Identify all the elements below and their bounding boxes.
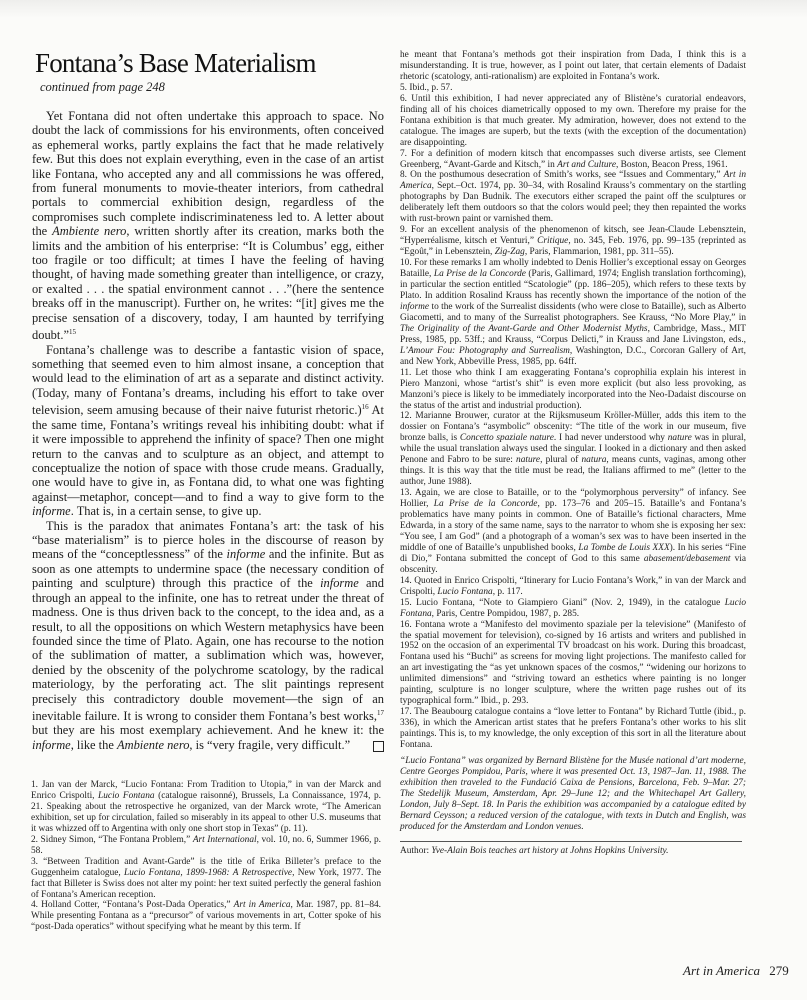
footnote: 9. For an excellent analysis of the phen…	[400, 225, 746, 258]
body-paragraph: Fontana’s challenge was to describe a fa…	[32, 343, 384, 519]
footnote: 3. “Between Tradition and Avant-Garde” i…	[31, 857, 381, 901]
footnote: 16. Fontana wrote a “Manifesto del movim…	[400, 620, 746, 708]
footnotes-left-column: 1. Jan van der Marck, “Lucio Fontana: Fr…	[31, 780, 381, 933]
page-number: 279	[769, 963, 789, 978]
magazine-name: Art in America	[683, 963, 760, 978]
footnote: 15. Lucio Fontana, “Note to Giampiero Gi…	[400, 598, 746, 620]
footnote: 6. Until this exhibition, I had never ap…	[400, 94, 746, 149]
footnote: 10. For these remarks I am wholly indebt…	[400, 258, 746, 368]
footnote: 2. Sidney Simon, “The Fontana Problem,” …	[31, 835, 381, 857]
footnote: 13. Again, we are close to Bataille, or …	[400, 488, 746, 576]
footnote: he meant that Fontana’s methods got thei…	[400, 50, 746, 83]
footnotes-right-column: he meant that Fontana’s methods got thei…	[400, 50, 746, 856]
body-paragraph: This is the paradox that animates Fontan…	[32, 519, 384, 753]
author-label: Author:	[400, 846, 431, 856]
article-title: Fontana’s Base Materialism	[35, 48, 384, 78]
main-column: Fontana’s Base Materialism continued fro…	[32, 48, 384, 752]
magazine-page: Fontana’s Base Materialism continued fro…	[0, 0, 807, 1000]
footnote: 11. Let those who think I am exaggeratin…	[400, 368, 746, 412]
scan-shadow	[0, 0, 807, 18]
footnote: 14. Quoted in Enrico Crispolti, “Itinera…	[400, 576, 746, 598]
end-of-article-mark	[373, 741, 384, 752]
footnote: 4. Holland Cotter, “Fontana’s Post-Dada …	[31, 900, 381, 933]
author-bio: Yve-Alain Bois teaches art history at Jo…	[431, 846, 668, 856]
footnote: 5. Ibid., p. 57.	[400, 83, 746, 94]
author-note: Author: Yve-Alain Bois teaches art histo…	[400, 846, 746, 856]
continued-note: continued from page 248	[40, 80, 384, 95]
footnote: 8. On the posthumous desecration of Smit…	[400, 170, 746, 225]
divider	[400, 841, 742, 842]
page-folio: Art in America 279	[683, 963, 789, 979]
footnotes-list: he meant that Fontana’s methods got thei…	[400, 50, 746, 751]
footnote: 1. Jan van der Marck, “Lucio Fontana: Fr…	[31, 780, 381, 835]
footnote: 7. For a definition of modern kitsch tha…	[400, 149, 746, 171]
exhibition-credit: “Lucio Fontana” was organized by Bernard…	[400, 756, 746, 833]
article-body: Yet Fontana did not often undertake this…	[32, 109, 384, 752]
body-paragraph: Yet Fontana did not often undertake this…	[32, 109, 384, 343]
footnote: 12. Marianne Brouwer, curator at the Rij…	[400, 411, 746, 488]
footnote: 17. The Beaubourg catalogue contains a “…	[400, 707, 746, 751]
